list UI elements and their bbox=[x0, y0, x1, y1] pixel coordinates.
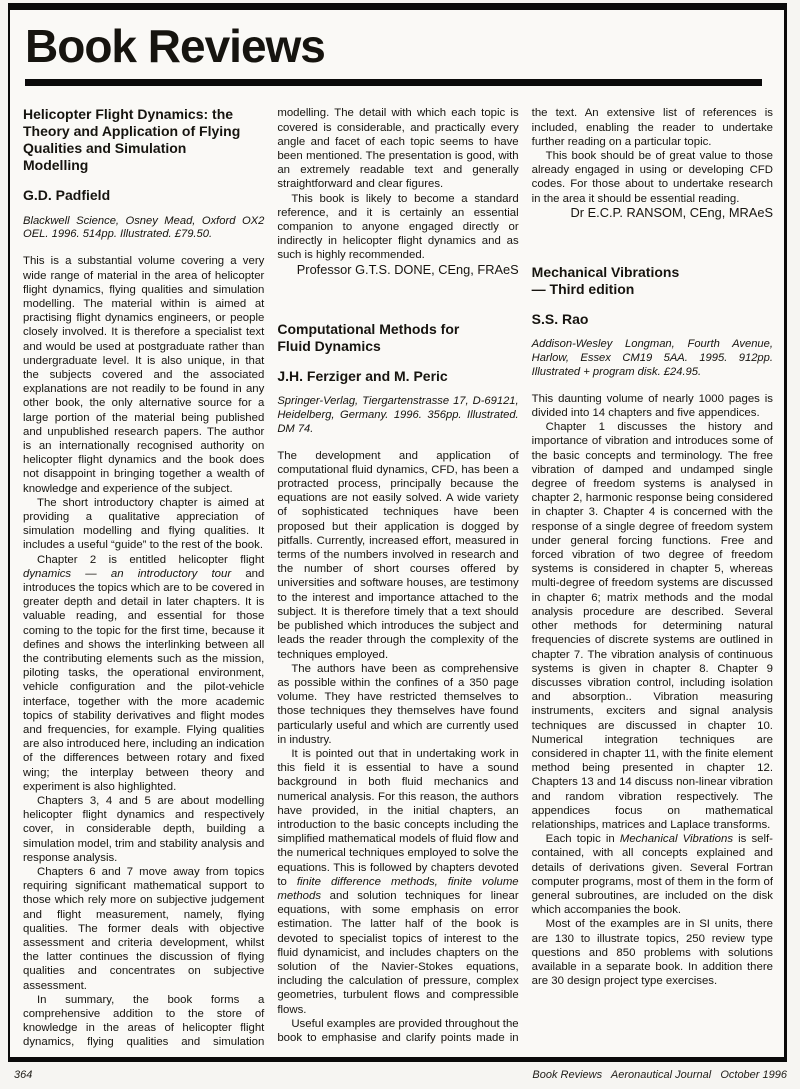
review-title: Mechanical Vibrations — Third edition bbox=[532, 264, 773, 298]
page-title: Book Reviews bbox=[25, 22, 784, 70]
reviews-columns: Helicopter Flight Dynamics: the Theory a… bbox=[23, 106, 773, 1058]
review-title: Computational Methods for Fluid Dynamics bbox=[277, 321, 518, 355]
review-title: Helicopter Flight Dynamics: the Theory a… bbox=[23, 106, 264, 174]
reviewer-signature: Dr E.C.P. RANSOM, CEng, MRAeS bbox=[532, 206, 773, 220]
review-head: Computational Methods for Fluid Dynamics… bbox=[277, 321, 518, 437]
review-paragraph: Each topic in Mechanical Vibrations is s… bbox=[532, 832, 773, 917]
review-head: Helicopter Flight Dynamics: the Theory a… bbox=[23, 106, 264, 242]
review-author: J.H. Ferziger and M. Peric bbox=[277, 369, 518, 383]
footer-journal-line: Book Reviews Aeronautical Journal Octobe… bbox=[532, 1069, 787, 1081]
review-paragraph: It is pointed out that in undertaking wo… bbox=[277, 747, 518, 1017]
page-frame: Book Reviews Helicopter Flight Dynamics:… bbox=[8, 3, 787, 1062]
page-footer: 364 Book Reviews Aeronautical Journal Oc… bbox=[14, 1069, 787, 1081]
review-paragraph: This book is likely to become a standard… bbox=[277, 192, 518, 263]
review-paragraph: This book should be of great value to th… bbox=[532, 149, 773, 206]
review-paragraph: The short introductory chapter is aimed … bbox=[23, 496, 264, 553]
review-paragraph: Chapter 2 is entitled helicopter flight … bbox=[23, 553, 264, 794]
review-paragraph: This is a substantial volume covering a … bbox=[23, 254, 264, 495]
review-paragraph: Chapters 3, 4 and 5 are about modelling … bbox=[23, 794, 264, 865]
review-imprint: Springer-Verlag, Tiergartenstrasse 17, D… bbox=[277, 395, 518, 437]
review-head: Mechanical Vibrations — Third edition S.… bbox=[532, 264, 773, 380]
review-paragraph: This daunting volume of nearly 1000 page… bbox=[532, 392, 773, 420]
title-rule bbox=[25, 79, 762, 86]
review-paragraph: The development and application of compu… bbox=[277, 449, 518, 662]
review-paragraph: Chapter 1 discusses the history and impo… bbox=[532, 420, 773, 832]
review-paragraph: Most of the examples are in SI units, th… bbox=[532, 917, 773, 988]
review-author: G.D. Padfield bbox=[23, 188, 264, 202]
review-imprint: Blackwell Science, Osney Mead, Oxford OX… bbox=[23, 215, 264, 243]
review-imprint: Addison-Wesley Longman, Fourth Avenue, H… bbox=[532, 338, 773, 380]
review-paragraph: Chapters 6 and 7 move away from topics r… bbox=[23, 865, 264, 993]
review-paragraph: The authors have been as comprehensive a… bbox=[277, 662, 518, 747]
review-body: This daunting volume of nearly 1000 page… bbox=[532, 392, 773, 989]
review-author: S.S. Rao bbox=[532, 312, 773, 326]
book-review-mechanical-vibrations: Mechanical Vibrations — Third edition S.… bbox=[532, 264, 773, 988]
reviewer-signature: Professor G.T.S. DONE, CEng, FRAeS bbox=[277, 263, 518, 277]
page-number: 364 bbox=[14, 1069, 32, 1081]
